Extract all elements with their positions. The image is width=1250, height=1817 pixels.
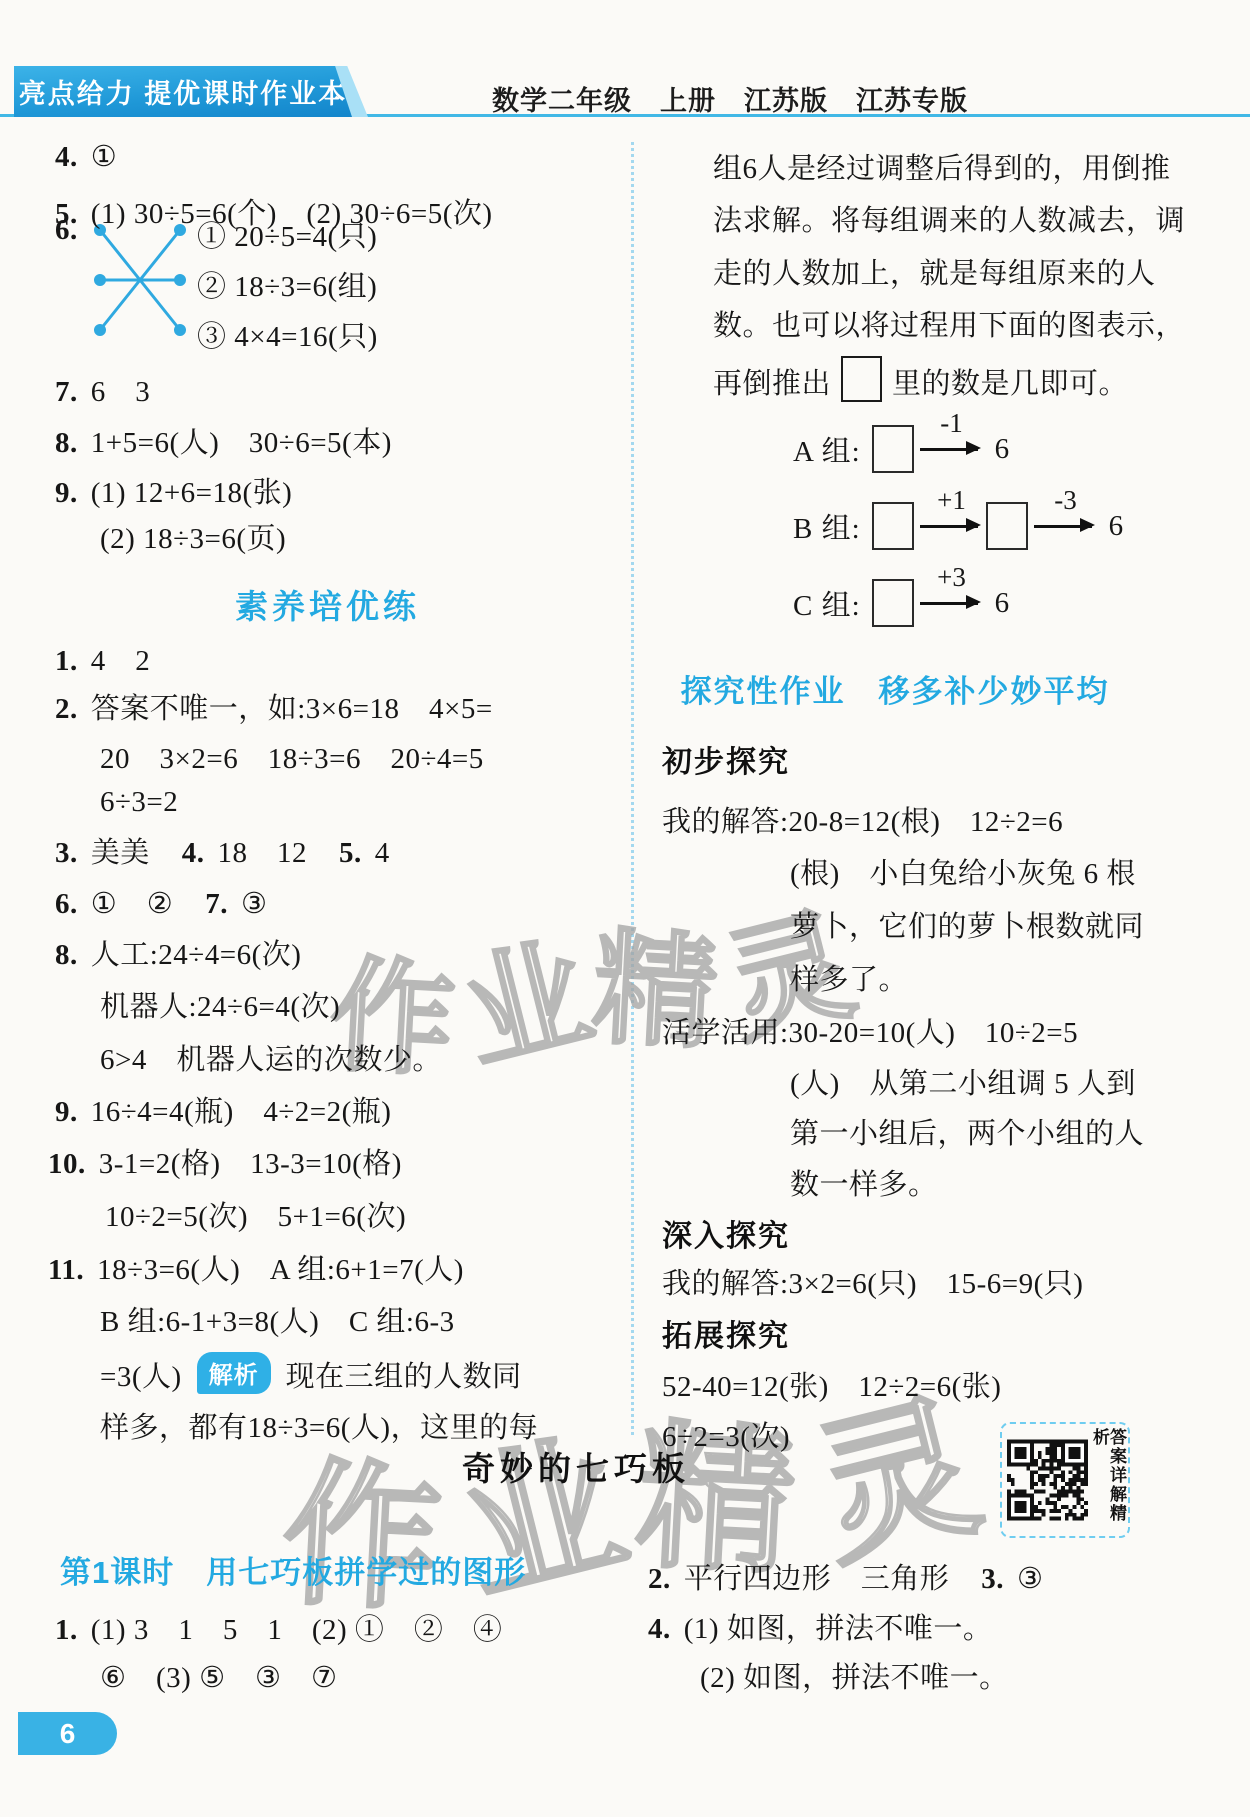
explore-heading: 探究性作业 移多补少妙平均 <box>660 666 1130 711</box>
answer-text: (1) 如图，拼法不唯一。 <box>684 1613 993 1645</box>
answer-line: 再倒推出里的数是几即可。 <box>713 356 1128 402</box>
result-value: 6 <box>1109 510 1124 543</box>
answer-text: 活学活用:30-20=10(人) 10÷2=5 <box>662 1017 1078 1049</box>
answer-line: 4.① <box>55 139 117 174</box>
blank-box <box>986 502 1028 550</box>
answer-text: 6 3 <box>91 376 151 408</box>
arrow-operation-label: -3 <box>1054 485 1077 516</box>
answer-text: 奇妙的七巧板 <box>462 1450 690 1487</box>
answer-text: 6>4 机器人运的次数少。 <box>100 1044 442 1076</box>
answer-text: 萝卜，它们的萝卜根数就同 <box>790 911 1144 943</box>
item-number: 3. <box>981 1563 1004 1595</box>
blank-box <box>872 579 914 627</box>
answer-text: ③ 4×4=16(只) <box>197 321 378 353</box>
item-number: 4. <box>55 141 78 173</box>
answer-line: 6÷2=3(次) <box>662 1414 790 1455</box>
answer-text: 初步探究 <box>662 746 790 779</box>
answer-line: (根) 小白兔给小灰兔 6 根 <box>790 851 1136 892</box>
answer-line: (2) 18÷3=6(页) <box>100 516 286 557</box>
answer-line: =3(人)解析现在三组的人数同 <box>100 1352 522 1395</box>
jiexi-badge: 解析 <box>197 1352 271 1394</box>
answer-text: 走的人数加上，就是每组原来的人 <box>713 258 1156 290</box>
answer-text: ① ② <box>91 888 174 920</box>
arrow-operation-label: -1 <box>940 408 963 439</box>
answer-text: 样多了。 <box>790 964 908 996</box>
answer-text: 10÷2=5(次) 5+1=6(次) <box>105 1201 406 1233</box>
answer-line: 2.平行四边形 三角形3.③ <box>648 1556 1044 1597</box>
item-number: 3. <box>55 837 78 869</box>
answer-text: 18 12 <box>218 837 308 869</box>
item-number: 2. <box>648 1563 671 1595</box>
answer-line: 11.18÷3=6(人) A 组:6+1=7(人) <box>48 1247 464 1288</box>
item-number: 4. <box>648 1613 671 1645</box>
item-number: 5. <box>339 837 362 869</box>
answer-text: 探究性作业 移多补少妙平均 <box>681 674 1110 709</box>
answer-text: 6÷2=3(次) <box>662 1421 790 1453</box>
answer-line: 10.3-1=2(格) 13-3=10(格) <box>48 1141 402 1182</box>
blank-box <box>872 502 914 550</box>
answer-line: ② 18÷3=6(组) <box>197 264 377 305</box>
arrow-icon: -1 <box>920 448 978 451</box>
result-value: 6 <box>995 587 1010 620</box>
answer-line: 7.6 3 <box>55 369 150 410</box>
answer-line: 1.(1) 3 1 5 1 (2) ① ② ④ <box>55 1607 502 1648</box>
result-value: 6 <box>995 433 1010 466</box>
item-number: 11. <box>48 1254 84 1286</box>
item-number: 10. <box>48 1148 86 1180</box>
answer-text: 3-1=2(格) 13-3=10(格) <box>99 1148 402 1180</box>
answer-text: ③ <box>1017 1563 1044 1595</box>
answer-text: (2) 如图，拼法不唯一。 <box>700 1662 1009 1694</box>
answer-text: 拓展探究 <box>662 1320 790 1353</box>
blank-box <box>872 425 914 473</box>
answer-text: 第一小组后，两个小组的人 <box>790 1118 1144 1150</box>
blank-box <box>841 356 882 402</box>
answer-text: 16÷4=4(瓶) 4÷2=2(瓶) <box>91 1096 392 1128</box>
arrow-icon: +3 <box>920 602 978 605</box>
answer-text: 再倒推出 <box>713 368 831 400</box>
series-banner: 亮点给力 提优课时作业本 <box>14 66 352 117</box>
answer-line: B 组:6-1+3=8(人) C 组:6-3 <box>100 1299 455 1340</box>
answer-line: 4.(1) 如图，拼法不唯一。 <box>648 1606 992 1647</box>
answer-text: 人工:24÷4=6(次) <box>91 939 302 971</box>
answer-text: 18÷3=6(人) A 组:6+1=7(人) <box>97 1254 464 1286</box>
answer-line: ⑥ (3) ⑤ ③ ⑦ <box>100 1655 338 1696</box>
item-number: 8. <box>55 427 78 459</box>
answer-text: ① 20÷5=4(只) <box>197 221 377 253</box>
item-number: 4. <box>182 837 205 869</box>
answer-line: 2.答案不唯一，如:3×6=18 4×5= <box>55 686 493 727</box>
answer-line: 3.美美4.18 125.4 <box>55 830 390 871</box>
answer-line: 6>4 机器人运的次数少。 <box>100 1037 442 1078</box>
answer-text: 深入探究 <box>662 1220 790 1253</box>
answer-line: 机器人:24÷6=4(次) <box>100 984 340 1025</box>
backtrack-row: A 组:-16 <box>793 425 1009 473</box>
answer-text: (1) 12+6=18(张) <box>91 477 293 509</box>
answer-line: 9.16÷4=4(瓶) 4÷2=2(瓶) <box>55 1089 391 1130</box>
answer-line: 1.4 2 <box>55 638 150 679</box>
arrow-icon: -3 <box>1034 525 1092 528</box>
item-number: 6. <box>55 214 78 246</box>
answer-line: 样多，都有18÷3=6(人)，这里的每 <box>100 1405 538 1446</box>
answer-line: 样多了。 <box>790 957 908 998</box>
answer-line: 8.1+5=6(人) 30÷6=5(本) <box>55 420 392 461</box>
backtrack-row: C 组:+36 <box>793 579 1009 627</box>
answer-text: 样多，都有18÷3=6(人)，这里的每 <box>100 1412 538 1444</box>
answer-line: 萝卜，它们的萝卜根数就同 <box>790 904 1144 945</box>
answer-text: (根) 小白兔给小灰兔 6 根 <box>790 858 1136 890</box>
answer-text: 第1课时 用七巧板拼学过的图形 <box>60 1555 526 1590</box>
answer-text: 素养培优练 <box>235 588 420 625</box>
answer-text: 机器人:24÷6=4(次) <box>100 991 340 1023</box>
answer-line: 第一小组后，两个小组的人 <box>790 1111 1144 1152</box>
answer-line: 52-40=12(张) 12÷2=6(张) <box>662 1364 1001 1405</box>
answer-text: 法求解。将每组调来的人数减去，调 <box>713 205 1185 237</box>
answer-text: 我的解答:20-8=12(根) 12÷2=6 <box>662 806 1063 838</box>
answer-text: 数一样多。 <box>790 1169 938 1201</box>
answer-text: ② 18÷3=6(组) <box>197 271 377 303</box>
subsection-heading: 素养培优练 <box>55 581 600 628</box>
answer-text: 答案不唯一，如:3×6=18 4×5= <box>91 693 493 725</box>
answer-line: 我的解答:20-8=12(根) 12÷2=6 <box>662 799 1063 840</box>
backtrack-row: B 组:+1-36 <box>793 502 1123 550</box>
center-title: 奇妙的七巧板 <box>0 1443 1152 1490</box>
step-heading: 深入探究 <box>662 1211 790 1255</box>
answer-text: 现在三组的人数同 <box>286 1361 522 1393</box>
answer-text: 1+5=6(人) 30÷6=5(本) <box>91 427 392 459</box>
item-number: 6. <box>55 888 78 920</box>
qr-block: 答案详解精析 <box>1000 1422 1130 1538</box>
answer-text: (2) 18÷3=6(页) <box>100 523 286 555</box>
answer-line: 20 3×2=6 18÷3=6 20÷4=5 <box>100 736 484 777</box>
item-number: 7. <box>55 376 78 408</box>
answer-line: 6. <box>55 214 91 247</box>
answer-text: 组6人是经过调整后得到的，用倒推 <box>713 153 1171 185</box>
answer-text: B 组:6-1+3=8(人) C 组:6-3 <box>100 1306 455 1338</box>
answer-line: 8.人工:24÷4=6(次) <box>55 932 301 973</box>
column-divider <box>631 142 634 1435</box>
edition-info: 数学二年级 上册 江苏版 江苏专版 <box>492 79 968 118</box>
item-number: 8. <box>55 939 78 971</box>
item-number: 2. <box>55 693 78 725</box>
lesson-heading: 第1课时 用七巧板拼学过的图形 <box>60 1547 526 1592</box>
item-number: 9. <box>55 1096 78 1128</box>
arrow-operation-label: +1 <box>937 485 966 516</box>
answer-line: 6.① ②7.③ <box>55 881 268 922</box>
answer-line: 9.(1) 12+6=18(张) <box>55 470 292 511</box>
item-number: 9. <box>55 477 78 509</box>
step-heading: 拓展探究 <box>662 1311 790 1355</box>
arrow-operation-label: +3 <box>937 562 966 593</box>
answer-line: 10÷2=5(次) 5+1=6(次) <box>105 1194 406 1235</box>
item-number: 7. <box>205 888 228 920</box>
qr-code <box>1007 1434 1088 1526</box>
answer-line: 走的人数加上，就是每组原来的人 <box>713 251 1156 292</box>
answer-line: 我的解答:3×2=6(只) 15-6=9(只) <box>662 1261 1083 1302</box>
answer-line: 数。也可以将过程用下面的图表示， <box>713 303 1185 344</box>
answer-line: 法求解。将每组调来的人数减去，调 <box>713 198 1185 239</box>
group-label: C 组: <box>793 583 861 624</box>
item-number: 1. <box>55 645 78 677</box>
answer-line: (人) 从第二小组调 5 人到 <box>790 1061 1136 1102</box>
answer-text: 里的数是几即可。 <box>892 368 1128 400</box>
answer-text: 20 3×2=6 18÷3=6 20÷4=5 <box>100 743 484 775</box>
answer-text: 数。也可以将过程用下面的图表示， <box>713 310 1185 342</box>
answer-text: 我的解答:3×2=6(只) 15-6=9(只) <box>662 1268 1083 1300</box>
answer-text: 美美 <box>91 837 150 869</box>
answer-text: 6÷3=2 <box>100 786 178 818</box>
page-number-badge: 6 <box>18 1712 117 1755</box>
answer-text: ③ <box>241 888 268 920</box>
answer-text: 4 <box>375 837 390 869</box>
answer-line: 数一样多。 <box>790 1162 938 1203</box>
answer-line: 组6人是经过调整后得到的，用倒推 <box>713 146 1171 187</box>
answer-line: ① 20÷5=4(只) <box>197 214 377 255</box>
workbook-page: 作业精灵 作业精灵 亮点给力 提优课时作业本 数学二年级 上册 江苏版 江苏专版… <box>0 0 1250 1817</box>
answer-text: (人) 从第二小组调 5 人到 <box>790 1068 1136 1100</box>
answer-text: (1) 3 1 5 1 (2) ① ② ④ <box>91 1614 503 1646</box>
answer-text: ⑥ (3) ⑤ ③ ⑦ <box>100 1662 338 1694</box>
answer-line: 6÷3=2 <box>100 786 178 819</box>
arrow-icon: +1 <box>920 525 978 528</box>
answer-text: ① <box>91 141 118 173</box>
step-heading: 初步探究 <box>662 737 790 781</box>
answer-line: (2) 如图，拼法不唯一。 <box>700 1655 1009 1696</box>
answer-text: =3(人) <box>100 1361 182 1393</box>
qr-caption: 答案详解精析 <box>1091 1428 1125 1532</box>
answer-line: ③ 4×4=16(只) <box>197 314 378 355</box>
answer-line: 活学活用:30-20=10(人) 10÷2=5 <box>662 1010 1078 1051</box>
answer-text: 4 2 <box>91 645 151 677</box>
group-label: B 组: <box>793 506 861 547</box>
answer-text: 平行四边形 三角形 <box>684 1563 950 1595</box>
answer-text: 52-40=12(张) 12÷2=6(张) <box>662 1371 1001 1403</box>
item-number: 1. <box>55 1614 78 1646</box>
page-number: 6 <box>60 1718 76 1750</box>
series-banner-label: 亮点给力 提优课时作业本 <box>19 72 348 111</box>
group-label: A 组: <box>793 429 861 470</box>
